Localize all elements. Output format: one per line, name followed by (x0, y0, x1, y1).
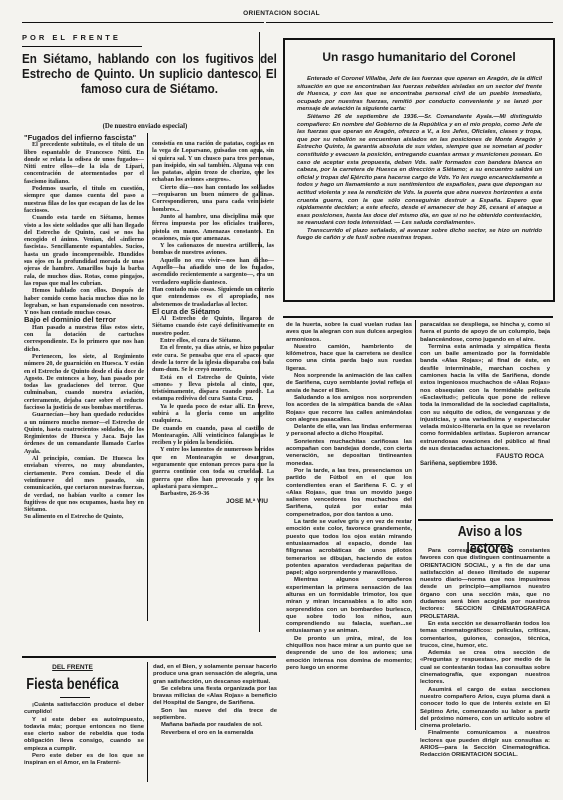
paragraph: Y los cañonazos de nuestra artillería, l… (152, 242, 274, 257)
paragraph: Hemos hablado con ellos. Después de habe… (24, 287, 144, 316)
section-kicker: POR EL FRENTE (22, 33, 142, 47)
paragraph: Nos sorprende la animación de las calles… (286, 373, 412, 395)
paragraph: Por la tarde, a las tres, presenciamos u… (286, 468, 412, 519)
dateline: Barbastro, 26-9-36 (152, 490, 274, 497)
paragraph: Enterado el Coronel Villalba, Jefe de la… (297, 76, 542, 114)
article2-title: Un rasgo humanitario del Coronel (285, 50, 553, 64)
paragraph: Cierto día—nos han contado los soldados—… (152, 184, 274, 213)
column-divider (415, 320, 416, 730)
paragraph: Además se crea otra sección de «Pregunta… (420, 650, 550, 686)
paragraph: Pero este deber es de los que se inspira… (24, 753, 144, 768)
paragraph: Y si este deber es autoimpuesto, todavía… (24, 717, 144, 753)
paragraph: Nuestro camión, hambriento de kilómetros… (286, 344, 412, 373)
paragraph: Son las nueve del día trece de septiembr… (153, 708, 277, 723)
paragraph: Siétamo 26 de septiembre de 1936.—Sr. Co… (297, 114, 542, 228)
paragraph: Se celebra una fiesta organizada por las… (153, 686, 277, 708)
article2-body: Enterado el Coronel Villalba, Jefe de la… (297, 76, 542, 243)
article-byline: (De nuestro enviado especial) (0, 123, 290, 130)
paragraph: De cuando en cuando, pasa al castillo de… (152, 425, 274, 447)
paragraph: consistía en una ración de patatas, cogi… (152, 140, 274, 184)
article3-column-1: ¡Cuánta satisfacción produce el deber cu… (24, 702, 144, 768)
paragraph: Al principio, comían. De Huesca les envi… (24, 455, 144, 513)
subtitle: Bajo el dominio del terror (24, 316, 144, 323)
paragraph: Termina esta animada y simpática fiesta … (420, 344, 550, 453)
paragraph: Sonrientes muchachitas cariñosas las aco… (286, 439, 412, 468)
paragraph: Delante de ella, van las lindas enfermer… (286, 424, 412, 439)
masthead: ORIENTACION SOCIAL (0, 10, 563, 17)
paragraph: Finalmente comunicamos a nuestros lector… (420, 730, 550, 759)
paragraph: Al Estrecho de Quinto, llegaron de Siéta… (152, 315, 274, 337)
paragraph: Podemos usarlo, el título en cuestión, s… (24, 185, 144, 214)
title-underline (470, 544, 510, 545)
paragraph: Y entre los lamentos de numerosos herido… (152, 446, 274, 490)
paragraph: paracaídas se despliega, se hincha y, co… (420, 322, 550, 344)
paragraph: Asumirá el cargo de estas secciones nues… (420, 687, 550, 731)
paragraph: dad, en el Bien, y solamente pensar hace… (153, 664, 277, 686)
paragraph: Mañana bañada por raudales de sol. (153, 722, 277, 729)
article1-column-1: "Fugados del infierno fascista" El prece… (24, 134, 144, 521)
paragraph: De pronto un ¡mira, mira!, de los chiqui… (286, 636, 412, 672)
paragraph: Su alimento en el Estrecho de Quinto, (24, 513, 144, 520)
paragraph: Pertenecen, los siete, al Regimiento núm… (24, 353, 144, 411)
paragraph: Entre ellos, el cura de Siétamo. (152, 337, 274, 344)
article4-body: Para corresponder a los constantes favor… (420, 548, 550, 760)
paragraph: Junto al hambre, una disciplina más que … (152, 213, 274, 242)
signature: FAUSTO ROCA (420, 453, 550, 460)
title-underline (60, 697, 90, 698)
paragraph: Para corresponder a los constantes favor… (420, 548, 550, 621)
paragraph: ¡Cuánta satisfacción produce el deber cu… (24, 702, 144, 717)
paragraph: Cuando esta tarde en Siétamo, hemos vist… (24, 214, 144, 287)
masthead-rule-left (22, 22, 264, 23)
subtitle: "Fugados del infierno fascista" (24, 134, 144, 141)
article2-box: Un rasgo humanitario del Coronel Enterad… (283, 38, 555, 302)
article3-title: Fiesta benéfica (15, 676, 131, 694)
paragraph: La tarde se vuelve gris y en vez de rest… (286, 519, 412, 577)
section-rule (22, 656, 276, 658)
paragraph: El precedente subtítulo, es el título de… (24, 141, 144, 185)
paragraph: Está en el Estrecho de Quinto, viste «mo… (152, 374, 274, 403)
column-divider (147, 133, 148, 621)
article3-column-2: dad, en el Bien, y solamente pensar hace… (153, 664, 277, 737)
paragraph: Guarnecían—hoy han quedado reducidos a u… (24, 411, 144, 455)
paragraph: Reverbera el oro en la esmeralda (153, 730, 277, 737)
section-rule (418, 519, 553, 521)
paragraph: Ya le queda poco de estar allí. En breve… (152, 403, 274, 425)
article-headline: En Siétamo, hablando con los fugitivos d… (22, 52, 277, 97)
section-rule (283, 316, 553, 318)
column-divider (147, 662, 148, 782)
paragraph: En el frente, ya días atrás, se hizo pop… (152, 344, 274, 373)
paragraph: Han pasado a nuestras filas estos siete,… (24, 324, 144, 353)
dateline: Sariñena, septiembre 1936. (420, 461, 550, 468)
article3-column-3: de la huerta, sobre la cual vuelan rudas… (286, 322, 412, 672)
subtitle: El cura de Siétamo (152, 308, 274, 315)
article1-column-2: consistía en una ración de patatas, cogi… (152, 140, 274, 505)
article3-kicker: DEL FRENTE (0, 664, 145, 671)
paragraph: Saludando a los amigos nos sorprenden lo… (286, 395, 412, 424)
paragraph: de la huerta, sobre la cual vuelan rudas… (286, 322, 412, 344)
article3-column-4: paracaídas se despliega, se hincha y, co… (420, 322, 550, 468)
paragraph: Mientras algunos compañeros experimentan… (286, 577, 412, 635)
masthead-rule-right (266, 22, 553, 23)
paragraph: Transcurrido el plazo señalado, al avanz… (297, 228, 542, 243)
paragraph: En esta sección se desarrollarán todos l… (420, 621, 550, 650)
paragraph: Aquello no era vivir—nos han dicho—Aquel… (152, 257, 274, 286)
paragraph: Han contado más cosas. Siguiendo un crit… (152, 286, 274, 308)
signature: JOSE M.ª VIU (152, 498, 274, 505)
